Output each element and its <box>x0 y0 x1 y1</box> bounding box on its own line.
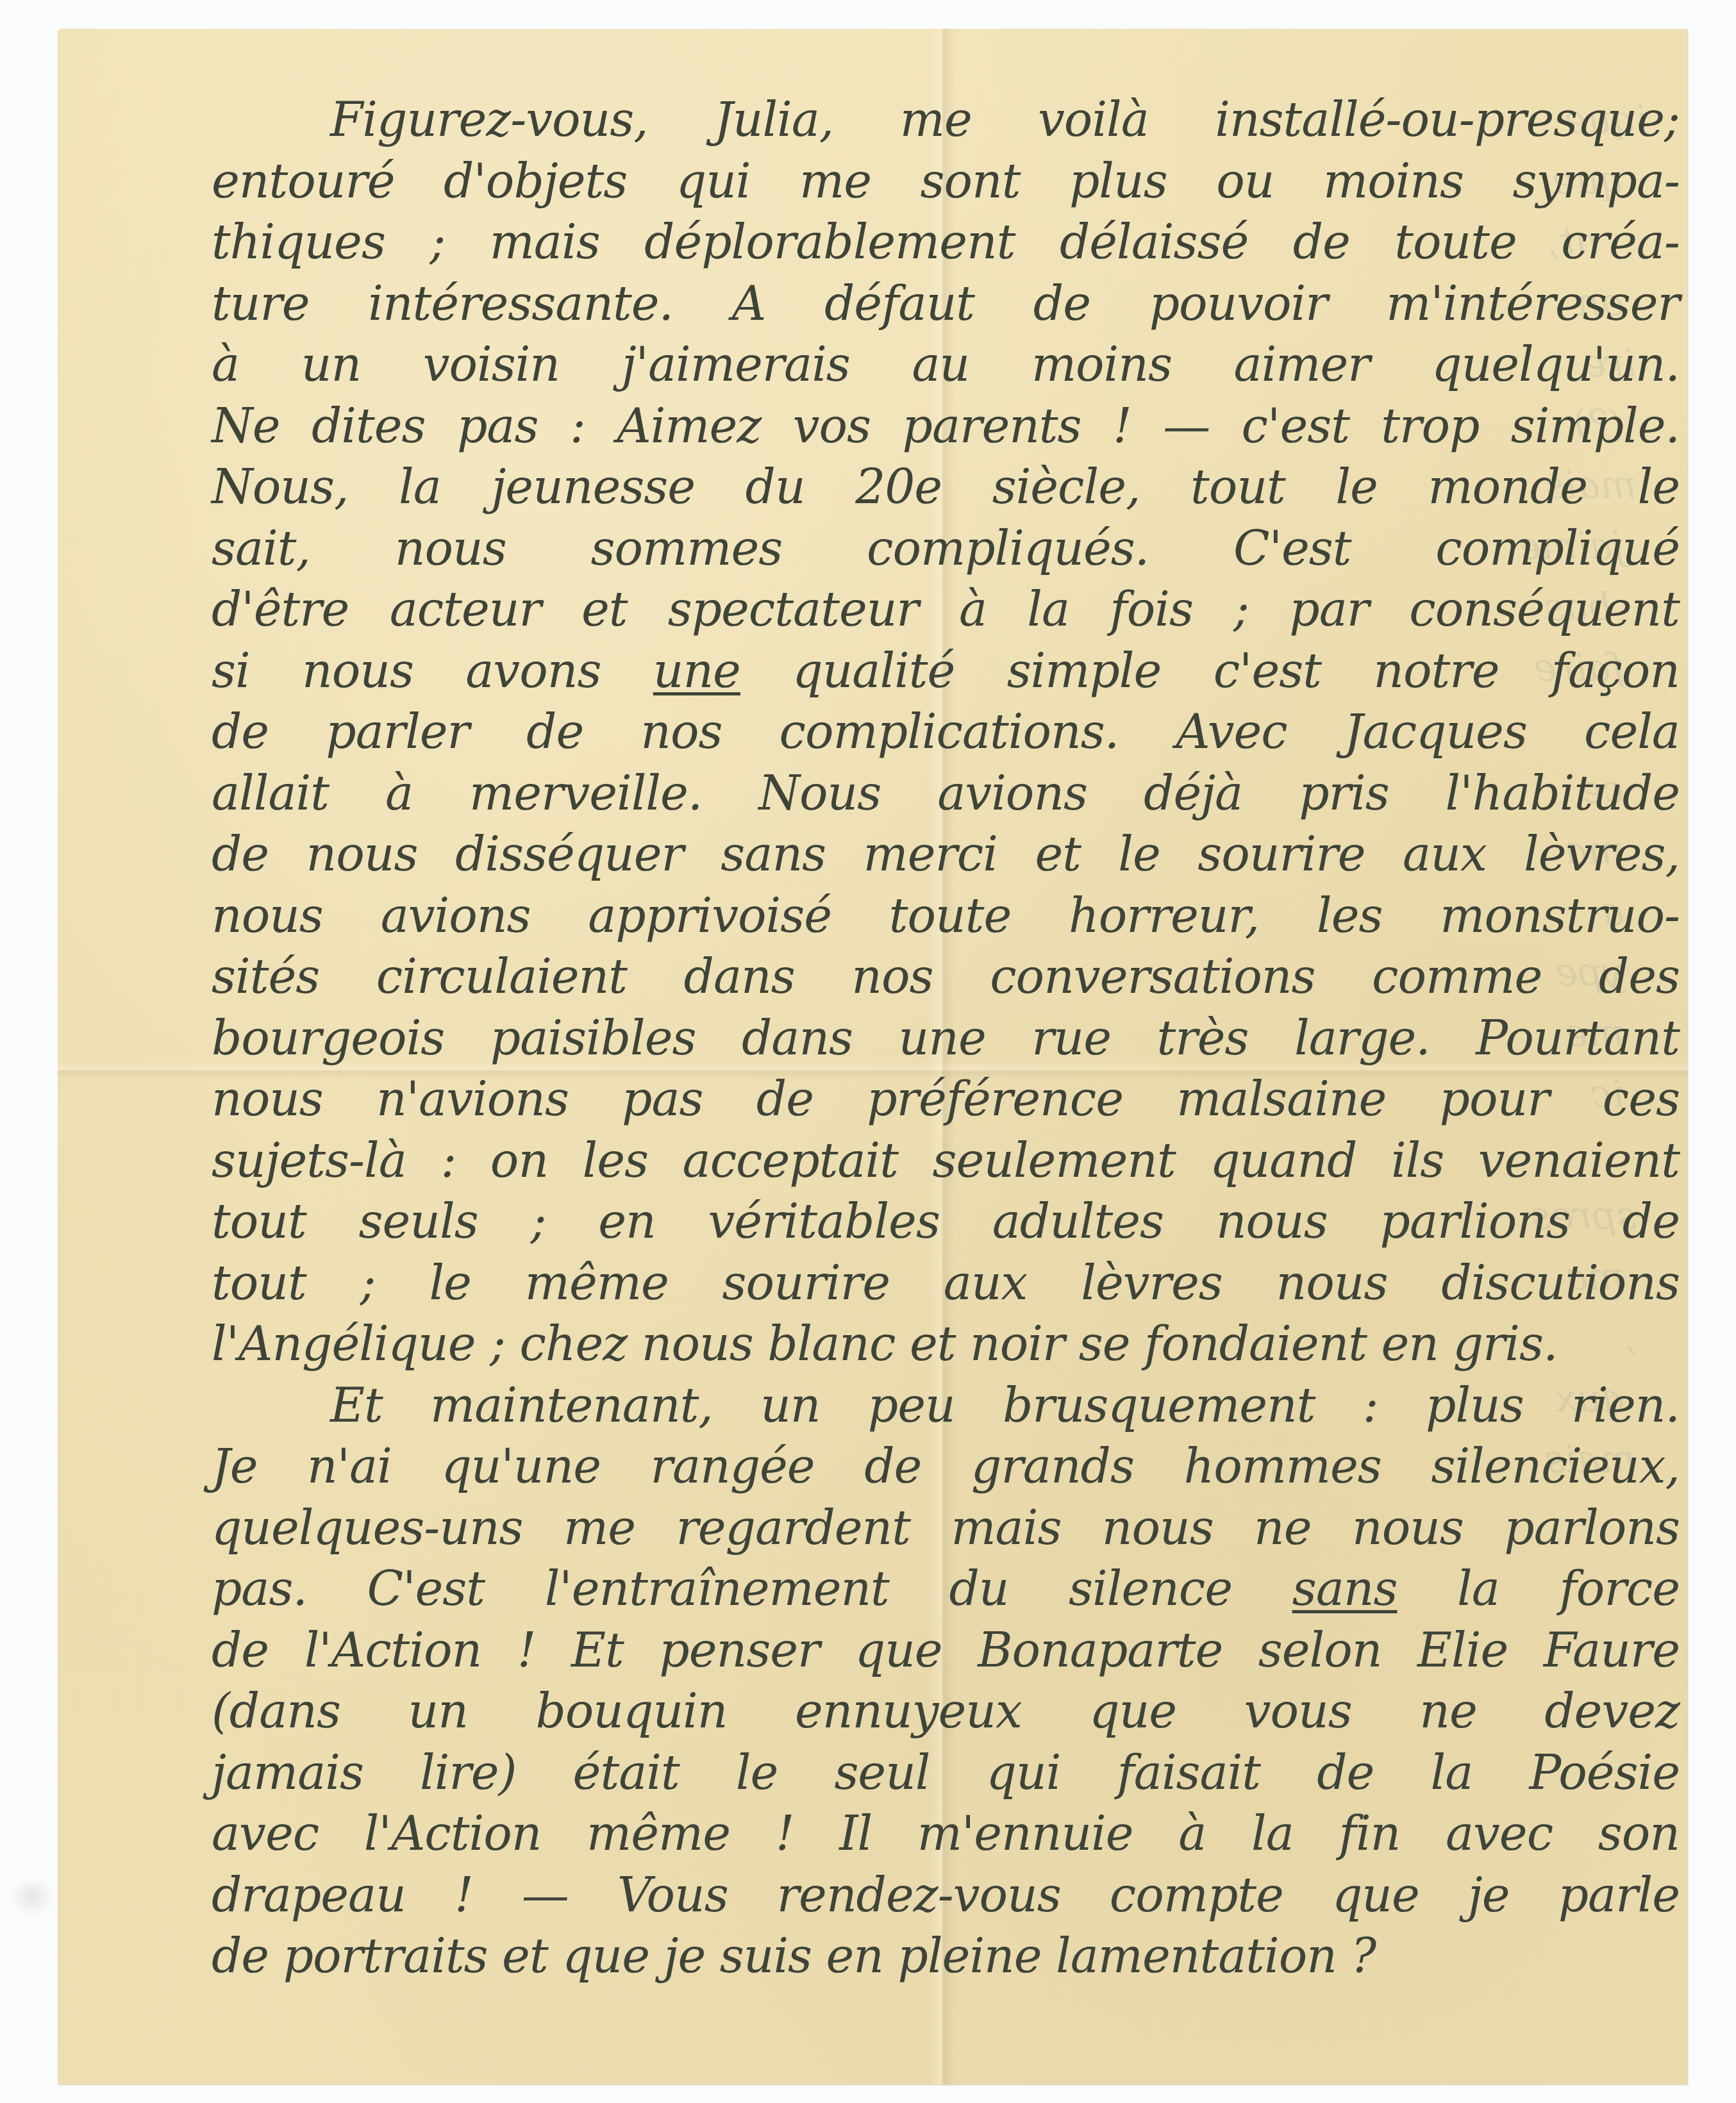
letter-line: l'Angélique ; chez nous blanc et noir se… <box>212 1314 1680 1376</box>
letter-line: sujets-là : on les acceptait seulement q… <box>212 1131 1680 1192</box>
letter-line: ture intéressante. A défaut de pouvoir m… <box>212 274 1680 335</box>
letter-line: Et maintenant, un peu brusquement : plus… <box>212 1376 1680 1437</box>
letter-line: nous n'avions pas de préférence malsaine… <box>212 1069 1680 1131</box>
letter-line: pas. C'est l'entraînement du silence san… <box>212 1559 1680 1620</box>
letter-line: entouré d'objets qui me sont plus ou moi… <box>212 151 1680 213</box>
letter-line: Je n'ai qu'une rangée de grands hommes s… <box>212 1436 1680 1498</box>
letter-line: avec l'Action même ! Il m'ennuie à la fi… <box>212 1804 1680 1865</box>
letter-line: drapeau ! — Vous rendez-vous compte que … <box>212 1865 1680 1927</box>
letter-line: Figurez-vous, Julia, me voilà installé-o… <box>212 90 1680 151</box>
letter-line: nous avions apprivoisé toute horreur, le… <box>212 886 1680 947</box>
letter-line: jamais lire) était le seul qui faisait d… <box>212 1743 1680 1804</box>
letter-line: à un voisin j'aimerais au moins aimer qu… <box>212 335 1680 396</box>
letter-line: de nous disséquer sans merci et le souri… <box>212 824 1680 886</box>
letter-line: si nous avons une qualité simple c'est n… <box>212 641 1680 702</box>
letter-line: bourgeois paisibles dans une rue très la… <box>212 1008 1680 1070</box>
letter-paper: ique que nt, on ire (?) mais jaime bas f… <box>58 29 1687 2084</box>
letter-line: allait à merveille. Nous avions déjà pri… <box>212 763 1680 825</box>
letter-line: thiques ; mais déplorablement délaissé d… <box>212 212 1680 274</box>
letter-line: de portraits et que je suis en pleine la… <box>212 1926 1680 1988</box>
scanner-dust-mark <box>10 1878 54 1916</box>
letter-line: de parler de nos complications. Avec Jac… <box>212 702 1680 763</box>
letter-line: Nous, la jeunesse du 20e siècle, tout le… <box>212 457 1680 519</box>
underlined-word: une <box>653 644 740 699</box>
underlined-word: sans <box>1292 1561 1398 1617</box>
letter-line: sait, nous sommes compliqués. C'est comp… <box>212 519 1680 580</box>
letter-line: tout seuls ; en véritables adultes nous … <box>212 1192 1680 1253</box>
letter-line: (dans un bouquin ennuyeux que vous ne de… <box>212 1681 1680 1743</box>
letter-body: Figurez-vous, Julia, me voilà installé-o… <box>212 90 1680 1988</box>
letter-line: tout ; le même sourire aux lèvres nous d… <box>212 1253 1680 1315</box>
letter-line: de l'Action ! Et penser que Bonaparte se… <box>212 1620 1680 1682</box>
letter-line: d'être acteur et spectateur à la fois ; … <box>212 579 1680 641</box>
letter-line: sités circulaient dans nos conversations… <box>212 947 1680 1008</box>
letter-line: Ne dites pas : Aimez vos parents ! — c'e… <box>212 396 1680 458</box>
letter-line: quelques-uns me regardent mais nous ne n… <box>212 1498 1680 1559</box>
